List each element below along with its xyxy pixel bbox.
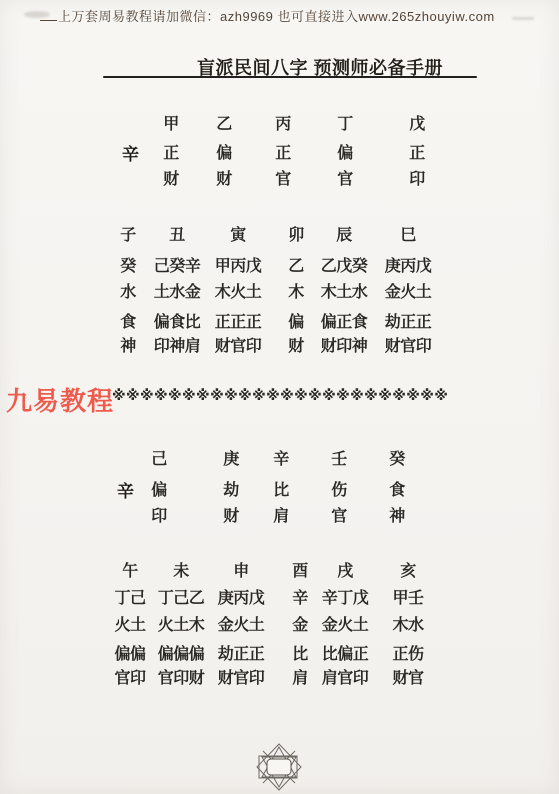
promo-header-text: 上万套周易教程请加微信：azh9969 也可直接进入www.265zhouyiw… <box>58 9 495 24</box>
stem-char: 戊 <box>375 111 459 134</box>
stem-table-top: 辛 甲正财乙偏财丙正官丁偏官戊正印 <box>0 111 559 191</box>
ten-god-char-top: 食 <box>355 477 439 500</box>
branch-column: 亥甲壬木水正伤财官 <box>366 558 450 690</box>
hidden-stems: 庚丙戊 <box>366 253 450 276</box>
five-elements: 金火土 <box>366 279 450 302</box>
ten-gods-line1: 正伤 <box>366 641 450 664</box>
hidden-stems: 甲壬 <box>366 585 450 608</box>
ten-gods-line1: 劫正正 <box>366 309 450 332</box>
page-number-box <box>267 759 291 775</box>
ten-god-char-bottom: 印 <box>375 166 459 189</box>
five-elements: 木水 <box>366 612 450 635</box>
scanned-book-page: 上万套周易教程请加微信：azh9969 也可直接进入www.265zhouyiw… <box>0 0 559 794</box>
section-divider: ※※※※※※※※※※※※※※※※※※※※※※※※ <box>112 387 448 404</box>
branch-char: 巳 <box>366 222 450 245</box>
branch-char: 亥 <box>366 558 450 581</box>
watermark-logo: 九易教程 <box>6 381 114 418</box>
ten-gods-line2: 财官 <box>366 665 450 688</box>
ten-god-char-bottom: 神 <box>355 503 439 526</box>
stem-column: 戊正印 <box>375 111 459 191</box>
page-number-ornament <box>251 743 307 794</box>
branch-table-top: 子癸水食神丑己癸辛土水金偏食比印神肩寅甲丙戊木火土正正正财官印卯乙木偏财辰乙戊癸… <box>0 222 559 357</box>
stem-table-bottom: 辛 己偏印庚劫财辛比肩壬伤官癸食神 <box>0 446 559 528</box>
promo-header: 上万套周易教程请加微信：azh9969 也可直接进入www.265zhouyiw… <box>40 6 495 25</box>
scan-smudge <box>512 17 534 20</box>
branch-table-bottom: 午丁己火土偏偏官印未丁己乙火土木偏偏偏官印财申庚丙戊金火土劫正正财官印酉辛金比肩… <box>0 558 559 690</box>
ten-gods-line2: 财官印 <box>366 333 450 356</box>
underline-mark <box>40 8 57 21</box>
ten-god-char-top: 正 <box>375 140 459 163</box>
stem-char: 癸 <box>355 446 439 469</box>
stem-column: 癸食神 <box>355 446 439 528</box>
branch-column: 巳庚丙戊金火土劫正正财官印 <box>366 222 450 357</box>
